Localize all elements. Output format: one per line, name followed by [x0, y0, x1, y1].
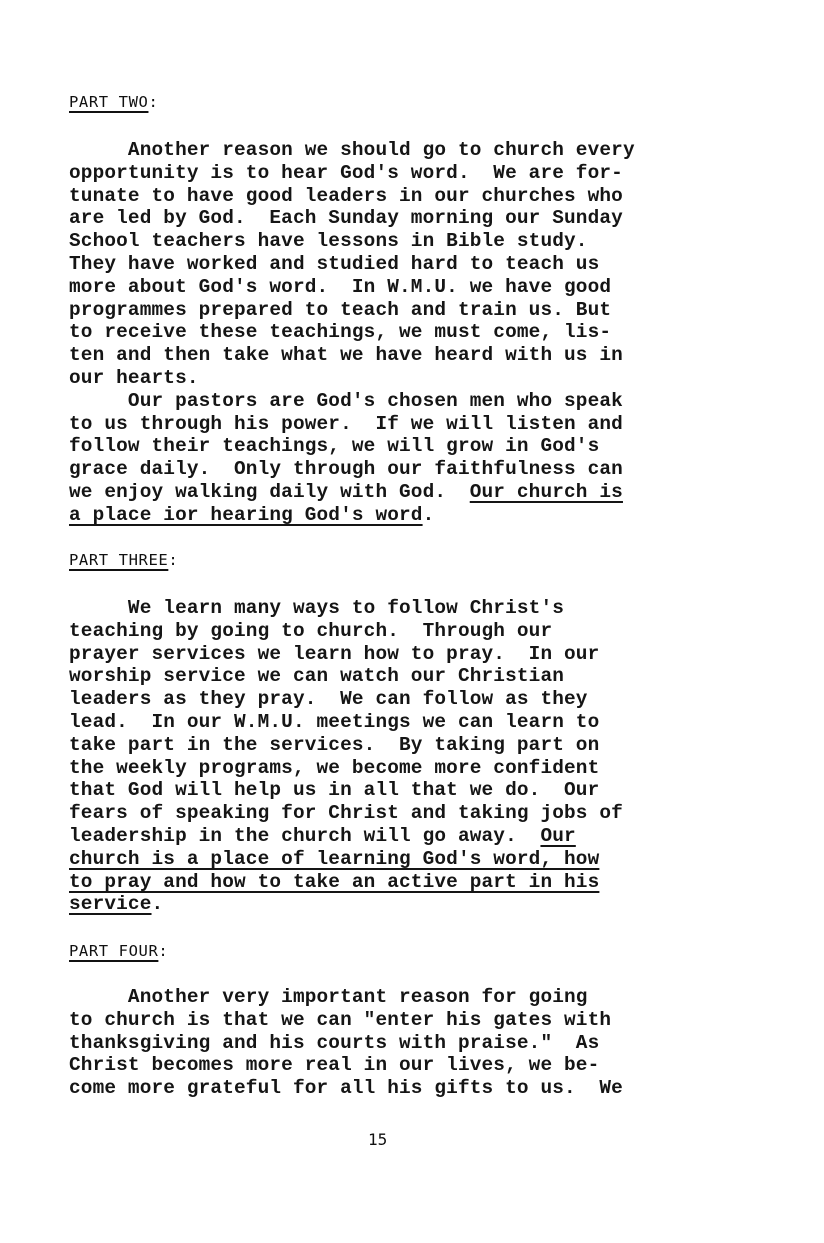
text-line: to pray and how to take an active part i… — [69, 871, 599, 894]
text-line: more about God's word. In W.M.U. we have… — [69, 276, 611, 299]
text-line: are led by God. Each Sunday morning our … — [69, 207, 623, 230]
text-line: we enjoy walking daily with God. Our chu… — [69, 481, 623, 504]
text-line: leaders as they pray. We can follow as t… — [69, 688, 588, 711]
text-line: programmes prepared to teach and train u… — [69, 299, 611, 322]
text-line: that God will help us in all that we do.… — [69, 779, 599, 802]
underlined-text: service — [69, 893, 152, 915]
text-line: fears of speaking for Christ and taking … — [69, 802, 623, 825]
text-line: Our pastors are God's chosen men who spe… — [69, 390, 623, 413]
underlined-text: Our church is — [470, 481, 623, 503]
text-line: tunate to have good leaders in our churc… — [69, 185, 623, 208]
text-line: thanksgiving and his courts with praise.… — [69, 1032, 599, 1055]
text-line: opportunity is to hear God's word. We ar… — [69, 162, 623, 185]
text-line: follow their teachings, we will grow in … — [69, 435, 599, 458]
text-line: Another very important reason for going — [69, 986, 588, 1009]
section-heading: PART FOUR: — [69, 941, 168, 961]
text-line: worship service we can watch our Christi… — [69, 665, 564, 688]
underlined-text: church is a place of learning God's word… — [69, 848, 599, 870]
text-line: a place ior hearing God's word. — [69, 504, 434, 527]
text-line: lead. In our W.M.U. meetings we can lear… — [69, 711, 599, 734]
text-line: They have worked and studied hard to tea… — [69, 253, 599, 276]
text-line: We learn many ways to follow Christ's — [69, 597, 564, 620]
text-line: to receive these teachings, we must come… — [69, 321, 611, 344]
text-line: leadership in the church will go away. O… — [69, 825, 576, 848]
text-line: Another reason we should go to church ev… — [69, 139, 635, 162]
text-line: teaching by going to church. Through our — [69, 620, 552, 643]
text-line: to us through his power. If we will list… — [69, 413, 623, 436]
document-page: PART TWO: Another reason we should go to… — [0, 0, 824, 1243]
text-line: grace daily. Only through our faithfulne… — [69, 458, 623, 481]
text-line: to church is that we can "enter his gate… — [69, 1009, 611, 1032]
underlined-text: to pray and how to take an active part i… — [69, 871, 599, 893]
text-line: prayer services we learn how to pray. In… — [69, 643, 599, 666]
text-line: church is a place of learning God's word… — [69, 848, 599, 871]
text-line: Christ becomes more real in our lives, w… — [69, 1054, 599, 1077]
underlined-text: a place ior hearing God's word — [69, 504, 423, 526]
text-line: ten and then take what we have heard wit… — [69, 344, 623, 367]
text-line: our hearts. — [69, 367, 199, 390]
text-line: come more grateful for all his gifts to … — [69, 1077, 623, 1100]
text-line: School teachers have lessons in Bible st… — [69, 230, 588, 253]
text-line: the weekly programs, we become more conf… — [69, 757, 599, 780]
section-heading: PART THREE: — [69, 550, 178, 570]
section-heading: PART TWO: — [69, 92, 158, 112]
underlined-text: Our — [540, 825, 575, 847]
text-line: service. — [69, 893, 163, 916]
text-line: take part in the services. By taking par… — [69, 734, 599, 757]
page-number: 15 — [368, 1130, 387, 1149]
